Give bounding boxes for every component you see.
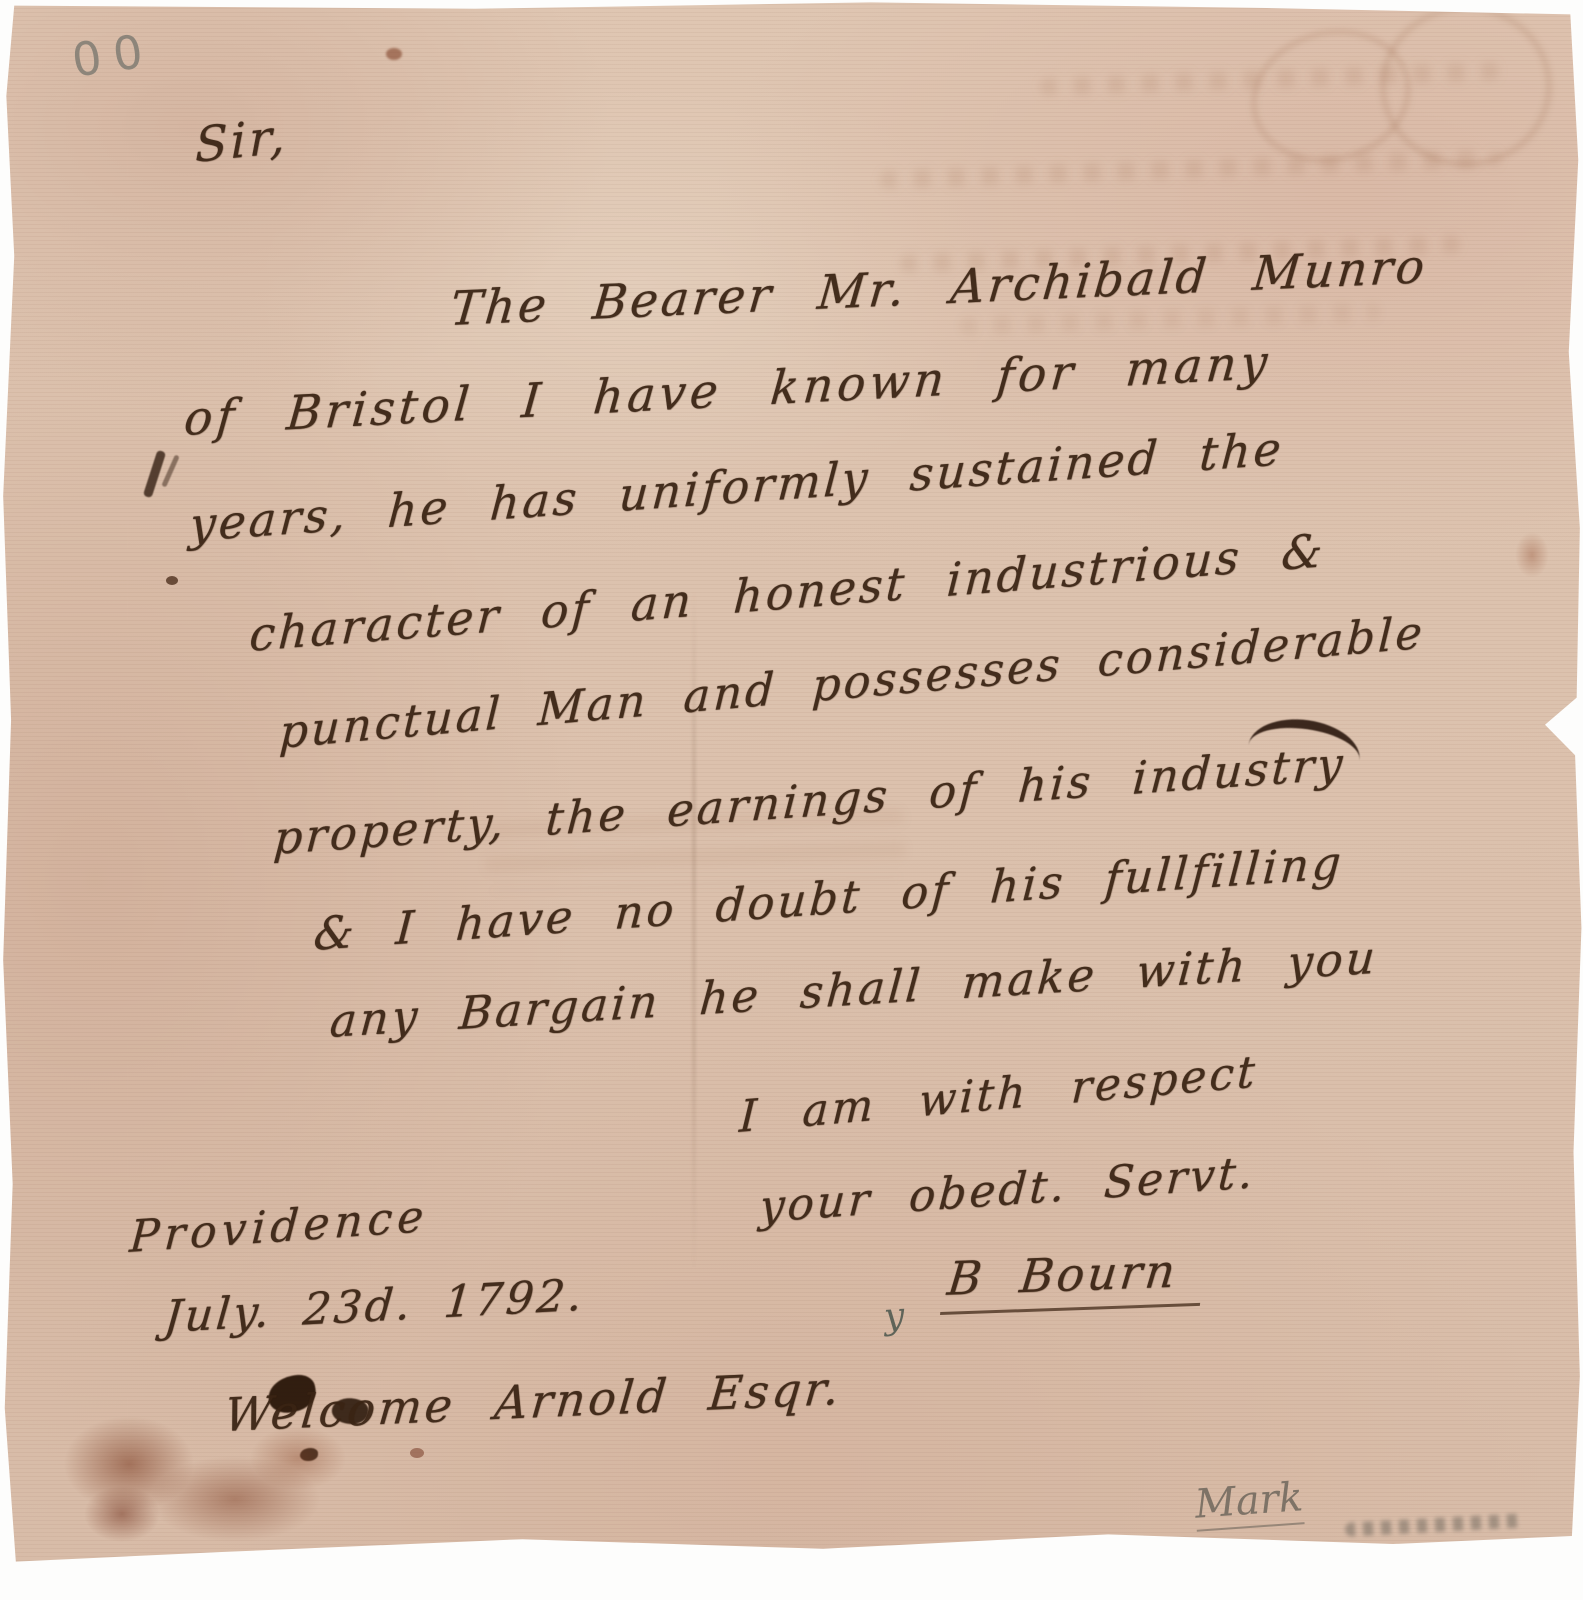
- stain: [410, 1448, 424, 1458]
- pencil-notation-top-left: 00: [69, 23, 158, 88]
- letter-scan: Sir, The Bearer Mr. Archibald Munro of B…: [0, 0, 1583, 1600]
- stain: [1515, 532, 1549, 578]
- stain: [84, 1486, 160, 1542]
- pencil-y-mark: y: [883, 1295, 906, 1337]
- stain: [166, 576, 178, 585]
- pencil-notation-bottom-right: Mark: [1193, 1474, 1304, 1531]
- salutation: Sir,: [195, 108, 288, 174]
- stain: [386, 48, 402, 60]
- bleed-through-ghost: [1380, 5, 1552, 167]
- paper: Sir, The Bearer Mr. Archibald Munro of B…: [0, 0, 1583, 1600]
- signature: B Bourn: [940, 1243, 1207, 1315]
